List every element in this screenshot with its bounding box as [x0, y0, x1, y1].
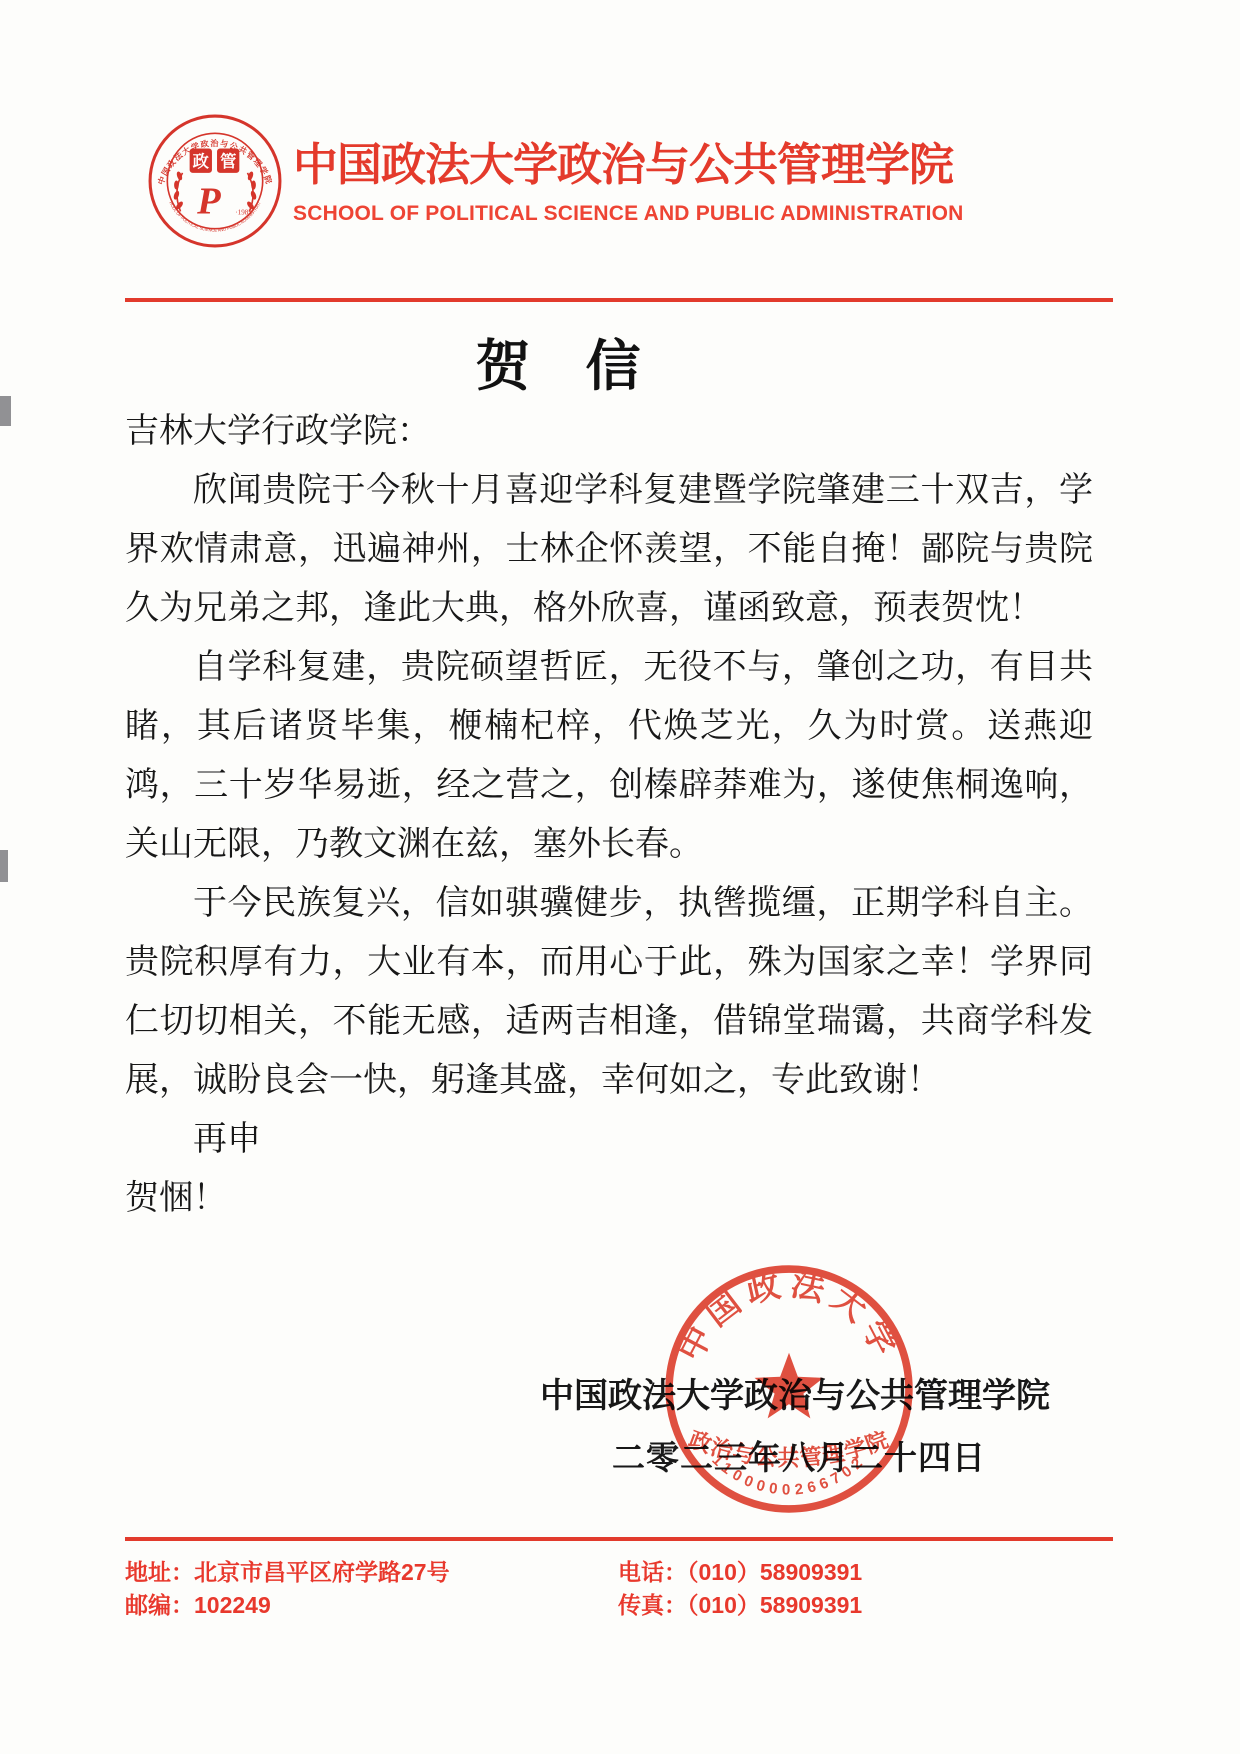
footer-divider — [125, 1537, 1113, 1541]
closing-phrase: 贺悃！ — [125, 1169, 1093, 1228]
emblem-seal-characters: 政 管 — [190, 149, 240, 173]
emblem-monogram: P — [196, 180, 221, 222]
phone-row: 电话：（010）58909391 — [618, 1556, 862, 1589]
postcode-row: 邮编：102249 — [125, 1589, 450, 1622]
paragraph-4: 再申 — [125, 1110, 1093, 1169]
paragraph-2: 自学科复建，贵院硕望哲匠，无役不与，肇创之功，有目共睹，其后诸贤毕集，楩楠杞梓，… — [125, 638, 1093, 874]
address-row: 地址：北京市昌平区府学路27号 — [125, 1556, 450, 1589]
header-divider — [125, 298, 1113, 302]
letter-body: 吉林大学行政学院： 欣闻贵院于今秋十月喜迎学科复建暨学院肇建三十双吉，学界欢情肃… — [125, 402, 1093, 1228]
star-icon — [755, 1353, 824, 1419]
letter-page: 中国政法大学政治与公共管理学院 SCHOOL OF POLITICAL SCIE… — [0, 0, 1240, 1754]
scan-artifact — [0, 850, 8, 882]
svg-text:中国政法大学: 中国政法大学 — [672, 1266, 906, 1368]
paragraph-3: 于今民族复兴，信如骐骥健步，执辔揽缰，正期学科自主。贵院积厚有力，大业有本，而用… — [125, 874, 1093, 1110]
scan-artifact — [0, 396, 11, 426]
emblem-year: ·1985· — [235, 208, 254, 216]
fax-row: 传真：（010）58909391 — [618, 1589, 862, 1622]
letterhead: 中国政法大学政治与公共管理学院 SCHOOL OF POLITICAL SCIE… — [293, 128, 973, 226]
school-name-en: SCHOOL OF POLITICAL SCIENCE AND PUBLIC A… — [293, 202, 973, 226]
svg-text:管: 管 — [220, 152, 236, 171]
footer-contact-block: 电话：（010）58909391 传真：（010）58909391 — [618, 1556, 862, 1622]
svg-text:政: 政 — [193, 152, 210, 171]
footer-address-block: 地址：北京市昌平区府学路27号 邮编：102249 — [125, 1556, 450, 1622]
school-name-cn: 中国政法大学政治与公共管理学院 — [293, 128, 973, 193]
seal-university-text: 中国政法大学 — [672, 1266, 906, 1368]
official-seal: 中国政法大学 政治与公共管理学院 1100000266702 — [660, 1260, 918, 1518]
paragraph-1: 欣闻贵院于今秋十月喜迎学科复建暨学院肇建三十双吉，学界欢情肃意，迅遍神州，士林企… — [125, 461, 1093, 638]
salutation: 吉林大学行政学院： — [125, 402, 1093, 461]
svg-text:中国政法大学政治与公共管理学院: 中国政法大学政治与公共管理学院 — [155, 138, 274, 186]
emblem-ring-cn-text: 中国政法大学政治与公共管理学院 — [155, 138, 274, 186]
school-emblem-icon: 中国政法大学政治与公共管理学院 SCHOOL OF POLITICAL SCIE… — [146, 112, 284, 250]
document-title: 贺 信 — [73, 322, 1043, 401]
